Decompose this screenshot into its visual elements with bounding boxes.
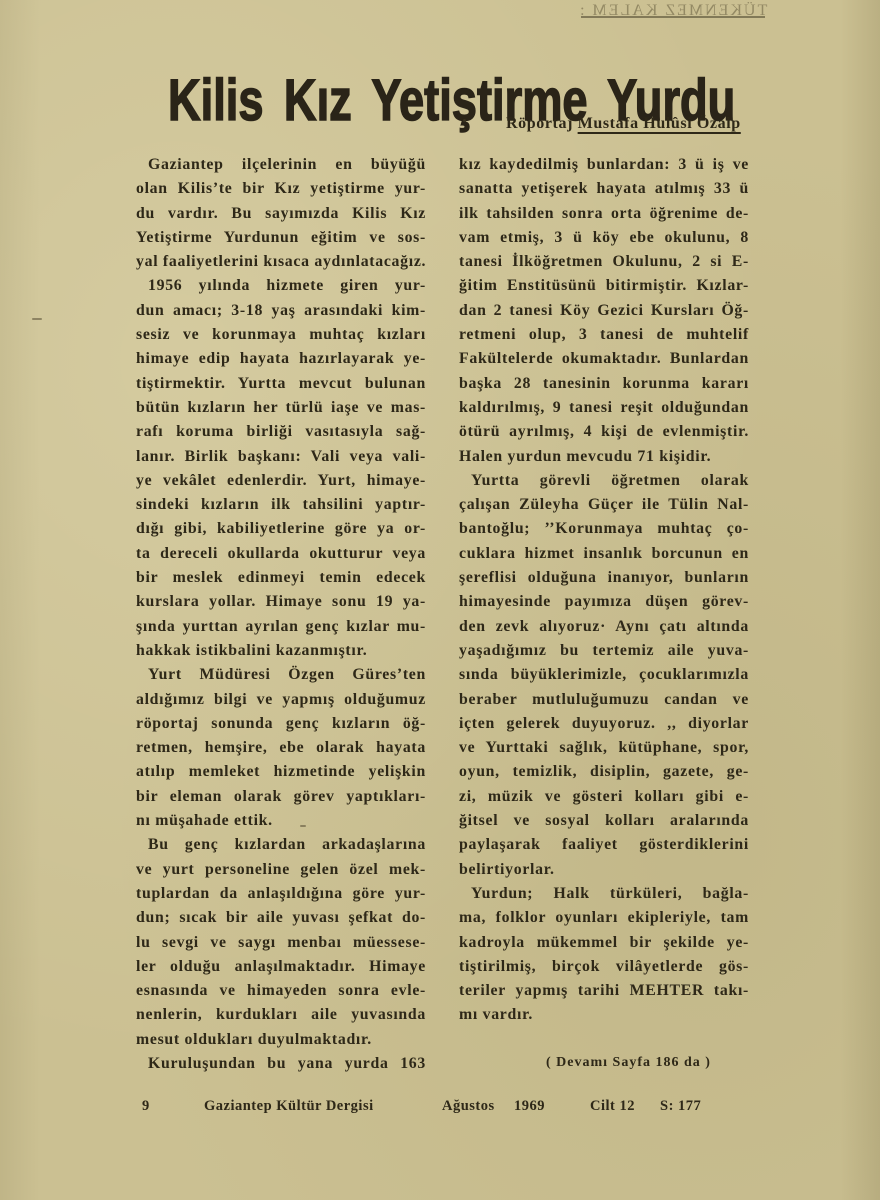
text-line: rafı koruma birliği vasıtasıyla sağ- — [136, 420, 426, 444]
text-line: Fakültelerde okumaktadır. Bunlardan — [459, 347, 749, 371]
text-line: ler olduğu anlaşılmaktadır. Himaye — [136, 955, 426, 979]
text-line: aldığımız bilgi ve yapmış olduğumuz — [136, 688, 426, 712]
text-line: tiştirmektir. Yurtta mevcut bulunan — [136, 372, 426, 396]
text-line: mı vardır. — [459, 1003, 749, 1027]
text-line: kurslara yollar. Himaye sonu 19 ya- — [136, 590, 426, 614]
text-line: tuplardan da anlaşıldığına göre yur- — [136, 882, 426, 906]
text-line: olan Kilis’te bir Kız yetiştirme yur- — [136, 177, 426, 201]
text-line: teriler yapmış tarihi MEHTER takı- — [459, 979, 749, 1003]
text-line: ta dereceli okullarda okutturur veya — [136, 542, 426, 566]
right-column: kız kaydedilmiş bunlardan: 3 ü iş vesana… — [459, 153, 749, 1028]
text-line: dun amacı; 3-18 yaş arasındaki kim- — [136, 299, 426, 323]
issue-year: 1969 — [514, 1098, 545, 1115]
continued-note: ( Devamı Sayfa 186 da ) — [546, 1055, 711, 1071]
text-line: den zevk alıyoruz· Aynı çatı altında — [459, 615, 749, 639]
text-line: esnasında ve himayeden sonra evle- — [136, 979, 426, 1003]
text-line: bir eleman olarak görev yaptıkları- — [136, 785, 426, 809]
text-line: dun; sıcak bir aile yuvası şefkat do- — [136, 906, 426, 930]
text-line: nenlerin, kurdukları aile yuvasında — [136, 1003, 426, 1027]
text-line: ve yurt personeline gelen özel mek- — [136, 858, 426, 882]
text-line: ğitim Enstitüsünü bitirmiştir. Kızlar- — [459, 274, 749, 298]
text-line: Yurt Müdüresi Özgen Güres’ten — [136, 663, 426, 687]
text-line: cuklara hizmet insanlık borcunun en — [459, 542, 749, 566]
text-line: zi, müzik ve gösteri kolları gibi e- — [459, 785, 749, 809]
byline-prefix: Röportaj — [506, 115, 573, 132]
text-line: bütün kızların her türlü iaşe ve mas- — [136, 396, 426, 420]
text-line: sında büyüklerimizle, çocuklarımızla — [459, 663, 749, 687]
text-line: beraber mutluluğumuzu candan ve — [459, 688, 749, 712]
text-line: himaye edip hayata hazırlayarak ye- — [136, 347, 426, 371]
byline: Röportaj Mustafa Hulûsi Özalp — [506, 115, 741, 133]
text-line: Yetiştirme Yurdunun eğitim ve sos- — [136, 226, 426, 250]
text-line: du vardır. Bu sayımızda Kilis Kız — [136, 202, 426, 226]
text-line: başka 28 tanesinin korunma kararı — [459, 372, 749, 396]
text-line: ve Yurttaki sağlık, kütüphane, spor, — [459, 736, 749, 760]
magazine-name: Gaziantep Kültür Dergisi — [204, 1098, 374, 1115]
text-line: Kuruluşundan bu yana yurda 163 — [136, 1052, 426, 1076]
text-line: bantoğlu; ’’Korunmaya muhtaç ço- — [459, 517, 749, 541]
text-line: Bu genç kızlardan arkadaşlarına — [136, 833, 426, 857]
text-line: sanatta yetişerek hayata atılmış 33 ü — [459, 177, 749, 201]
text-line: şında yurttan ayrılan genç kızlar mu- — [136, 615, 426, 639]
volume: Cilt 12 — [590, 1098, 635, 1115]
text-line: hakkak istikbalini kazanmıştır. — [136, 639, 426, 663]
stamp-underline — [581, 16, 765, 18]
text-line: nı müşahade ettik. — [136, 809, 426, 833]
text-line: yaşadığımız bu tertemiz aile yuva- — [459, 639, 749, 663]
text-line: dığı gibi, kabiliyetlerine göre ya or- — [136, 517, 426, 541]
text-line: yal faaliyetlerini kısaca aydınlatacağız… — [136, 250, 426, 274]
text-line: belirtiyorlar. — [459, 858, 749, 882]
paper-mark — [32, 318, 42, 320]
text-line: oyun, temizlik, disiplin, gazete, ge- — [459, 760, 749, 784]
text-line: vam etmiş, 3 ü köy ebe okulunu, 8 — [459, 226, 749, 250]
text-line: röportaj sonunda genç kızların öğ- — [136, 712, 426, 736]
issue-number: S: 177 — [660, 1098, 701, 1115]
text-line: Halen yurdun mevcudu 71 kişidir. — [459, 445, 749, 469]
text-line: himayesinde payımıza düşen görev- — [459, 590, 749, 614]
text-line: Yurdun; Halk türküleri, bağla- — [459, 882, 749, 906]
paper-mark — [300, 825, 306, 827]
text-line: ğitsel ve sosyal kolları aralarında — [459, 809, 749, 833]
text-line: şereflisi olduğuna inanıyor, bunların — [459, 566, 749, 590]
text-line: 1956 yılında hizmete giren yur- — [136, 274, 426, 298]
print-speck — [463, 119, 466, 122]
text-line: ötürü ayrılmış, 4 kişi de evlenmiştir. — [459, 420, 749, 444]
issue-month: Ağustos — [442, 1098, 495, 1115]
text-line: bir meslek edinmeyi temin edecek — [136, 566, 426, 590]
text-line: ilk tahsilden sonra orta öğrenime de- — [459, 202, 749, 226]
text-line: lu sevgi ve saygı menbaı müessese- — [136, 931, 426, 955]
left-column: Gaziantep ilçelerinin en büyüğüolan Kili… — [136, 153, 426, 1076]
page-number: 9 — [142, 1098, 150, 1115]
text-line: sesiz ve korunmaya muhtaç kızları — [136, 323, 426, 347]
text-line: tiştirilmiş, birçok vilâyetlerde gös- — [459, 955, 749, 979]
text-line: Gaziantep ilçelerinin en büyüğü — [136, 153, 426, 177]
text-line: lanır. Birlik başkanı: Vali veya vali- — [136, 445, 426, 469]
author-name: Mustafa Hulûsi Özalp — [578, 115, 741, 132]
text-line: tanesi İlköğretmen Okulunu, 2 si E- — [459, 250, 749, 274]
text-line: retmen, hemşire, ebe olarak hayata — [136, 736, 426, 760]
text-line: kız kaydedilmiş bunlardan: 3 ü iş ve — [459, 153, 749, 177]
text-line: dan 2 tanesi Köy Gezici Kursları Öğ- — [459, 299, 749, 323]
text-line: paylaşarak faaliyet gösterdiklerini — [459, 833, 749, 857]
text-line: Yurtta görevli öğretmen olarak — [459, 469, 749, 493]
text-line: retmeni olup, 3 tanesi de muhtelif — [459, 323, 749, 347]
text-line: mesut oldukları duyulmaktadır. — [136, 1028, 426, 1052]
text-line: atılıp memleket hizmetinde yelişkin — [136, 760, 426, 784]
text-line: kaldırılmış, 9 tanesi reşit olduğundan — [459, 396, 749, 420]
text-line: çalışan Züleyha Güçer ile Tülin Nal- — [459, 493, 749, 517]
text-line: sindeki kızların ilk tahsilini yaptır- — [136, 493, 426, 517]
text-line: ma, folklor oyunları ekipleriyle, tam — [459, 906, 749, 930]
text-line: içten gelerek duyuyoruz. ,, diyorlar — [459, 712, 749, 736]
text-line: kadroyla mükemmel bir şekilde ye- — [459, 931, 749, 955]
text-line: ye vekâlet edenlerdir. Yurt, himaye- — [136, 469, 426, 493]
magazine-page: TÜKENMEZ KALEM : Kilis Kız Yetiştirme Yu… — [0, 0, 880, 1200]
